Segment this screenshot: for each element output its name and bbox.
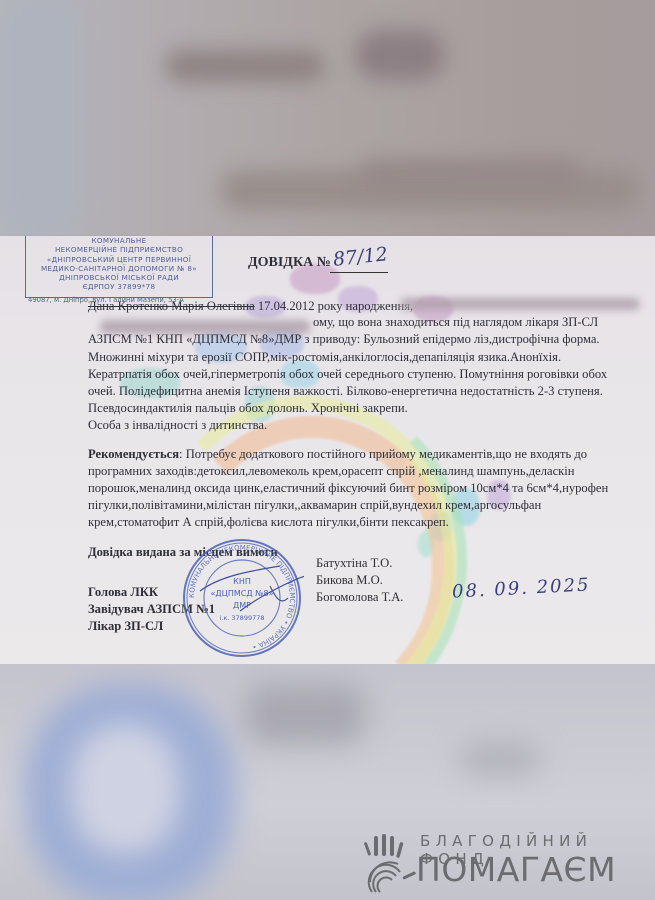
charity-fund-logo: БЛАГОДІЙНИЙ ФОНД ПОМАГАЄМ (362, 832, 652, 892)
recommendation-line: порошок,меналинд оксида цинк,еластичний … (88, 481, 608, 496)
logo-name: ПОМАГАЄМ (416, 850, 616, 889)
stamp-line: НЕКОМЕРЦІЙНЕ ПІДПРИЄМСТВО (26, 245, 212, 254)
stamp-line: ДНІПРОВСЬКОЇ МІСЬКОЇ РАДИ (26, 273, 212, 282)
recommendation-line: пігулки,полівітамини,мілістан пігулки,,а… (88, 498, 541, 513)
diagnosis-line: Кератрпатія обох очей,гіперметропія обох… (88, 367, 607, 382)
hand-print-icon (362, 834, 420, 894)
recommend-text: : Потребує додаткового постійного прийом… (179, 447, 587, 461)
signatory-position: Голова ЛКК (88, 585, 158, 600)
number-underline (330, 272, 388, 273)
diagnosis-line: очей. Полідефицитна анемія Іступеня важк… (88, 384, 603, 399)
stamp-line: МЕДИКО-САНІТАРНОЇ ДОПОМОГИ № 8» (26, 264, 212, 273)
official-seal: КОМУНАЛЬНЕ НЕКОМЕРЦІЙНЕ ПІДПРИЄМСТВО • У… (180, 536, 300, 656)
institution-stamp: КОМУНАЛЬНЕ НЕКОМЕРЦІЙНЕ ПІДПРИЄМСТВО «ДН… (25, 236, 213, 298)
signatory-position: Лікар ЗП-СЛ (88, 619, 163, 634)
diagnosis-line: Псевдосиндактилія пальців обох долонь. Х… (88, 401, 408, 416)
birth-date: 17.04.2012 року народження, (255, 299, 413, 313)
svg-text:КНП: КНП (233, 577, 251, 586)
document-title: ДОВІДКА № (248, 255, 331, 271)
redacted-text (400, 298, 640, 310)
signatory-name: Батухтіна Т.О. (316, 556, 392, 571)
signatory-name: Бикова М.О. (316, 573, 383, 588)
recommend-label: Рекомендується (88, 447, 179, 461)
recommendation-line: програмних заходів:детоксил,левомеколь к… (88, 464, 575, 479)
stamp-line: ЄДРПОУ 37899*78 (26, 282, 212, 291)
recommendation-line: Рекомендується: Потребує додаткового пос… (88, 447, 587, 462)
patient-name-struck: Дана Кротенко Марія Олегівна (88, 299, 255, 313)
diagnosis-line: Особа з інвалідності з дитинства. (88, 418, 267, 433)
date-handwritten: 08. 09. 2025 (452, 574, 591, 602)
observation-line: ому, що вона знаходиться під наглядом лі… (313, 315, 598, 330)
recommendation-line: крем,стоматофит А спрій,фолієва кислота … (88, 515, 449, 530)
diagnosis-line: Множинні міхури та ерозії СОПР,мік-росто… (88, 350, 561, 365)
stamp-line: КОМУНАЛЬНЕ (26, 236, 212, 245)
svg-text:і.к. 37899778: і.к. 37899778 (219, 614, 264, 622)
signatory-name: Богомолова Т.А. (316, 590, 403, 605)
medical-certificate: КОМУНАЛЬНЕ НЕКОМЕРЦІЙНЕ ПІДПРИЄМСТВО «ДН… (0, 236, 655, 664)
clinic-diagnosis-line: АЗПСМ №1 КНП «ДЦПМСД №8»ДМР з приводу: Б… (88, 332, 600, 347)
svg-text:«ДЦПМСД №8»: «ДЦПМСД №8» (211, 589, 274, 598)
stamp-line: «ДНІПРОВСЬКИЙ ЦЕНТР ПЕРВИННОЇ (26, 255, 212, 264)
blurred-background-top (0, 0, 655, 236)
patient-line: Дана Кротенко Марія Олегівна 17.04.2012 … (88, 299, 413, 314)
document-number-handwritten: 87/12 (332, 243, 389, 271)
